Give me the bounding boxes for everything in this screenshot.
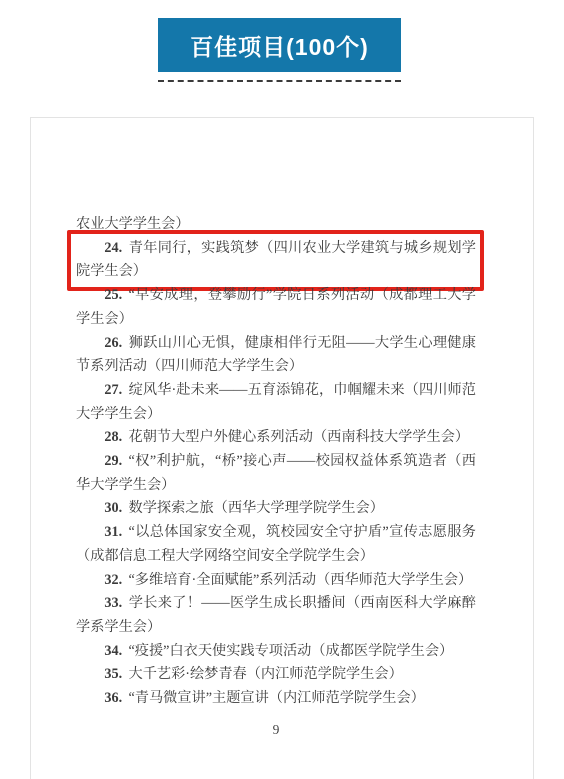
list-item: 33.学长来了！——医学生成长职播间（西南医科大学麻醉学系学生会） bbox=[76, 592, 476, 639]
item-text: 绽风华·赴未来——五育添锦花，巾帼耀未来（四川师范大学学生会） bbox=[76, 382, 476, 422]
document-page: 农业大学学生会） 24.青年同行，实践筑梦（四川农业大学建筑与城乡规划学院学生会… bbox=[30, 117, 534, 779]
item-text: “青马微宣讲”主题宣讲（内江师范学院学生会） bbox=[129, 690, 425, 706]
item-text: “疫援”白衣天使实践专项活动（成都医学院学生会） bbox=[129, 643, 454, 659]
list-item: 25.“早安成理，登攀励行”学院日系列活动（成都理工大学学生会） bbox=[76, 284, 476, 331]
item-number: 28. bbox=[104, 429, 122, 445]
item-text: “以总体国家安全观，筑校园安全守护盾”宣传志愿服务（成都信息工程大学网络空间安全… bbox=[76, 524, 476, 564]
item-number: 25. bbox=[104, 287, 122, 303]
list-item: 34.“疫援”白衣天使实践专项活动（成都医学院学生会） bbox=[76, 640, 476, 664]
page-number: 9 bbox=[76, 718, 476, 742]
item-text: 学长来了！——医学生成长职播间（西南医科大学麻醉学系学生会） bbox=[76, 595, 476, 635]
item-text: 狮跃山川心无惧，健康相伴行无阻——大学生心理健康节系列活动（四川师范大学学生会） bbox=[76, 335, 476, 375]
list-item: 32.“多维培育·全面赋能”系列活动（西华师范大学学生会） bbox=[76, 569, 476, 593]
list-item: 36.“青马微宣讲”主题宣讲（内江师范学院学生会） bbox=[76, 687, 476, 711]
item-number: 30. bbox=[104, 500, 122, 516]
list-item: 31.“以总体国家安全观，筑校园安全守护盾”宣传志愿服务（成都信息工程大学网络空… bbox=[76, 521, 476, 568]
list-item: 30.数学探索之旅（西华大学理学院学生会） bbox=[76, 497, 476, 521]
screenshot-root: 百佳项目(100个) 农业大学学生会） 24.青年同行，实践筑梦（四川农业大学建… bbox=[0, 0, 564, 779]
highlight-box: 24.青年同行，实践筑梦（四川农业大学建筑与城乡规划学院学生会） bbox=[67, 230, 484, 291]
item-number: 24. bbox=[104, 240, 122, 256]
item-number: 36. bbox=[104, 690, 122, 706]
list-item: 29.“权”利护航，“桥”接心声——校园权益体系筑造者（西华大学学生会） bbox=[76, 450, 476, 497]
item-text: “早安成理，登攀励行”学院日系列活动（成都理工大学学生会） bbox=[76, 287, 476, 327]
list-item: 28.花朝节大型户外健心系列活动（西南科技大学学生会） bbox=[76, 426, 476, 450]
item-number: 32. bbox=[104, 572, 122, 588]
item-number: 29. bbox=[104, 453, 122, 469]
item-text: 青年同行，实践筑梦（四川农业大学建筑与城乡规划学院学生会） bbox=[76, 240, 476, 280]
item-text: “权”利护航，“桥”接心声——校园权益体系筑造者（西华大学学生会） bbox=[76, 453, 476, 493]
item-text: 花朝节大型户外健心系列活动（西南科技大学学生会） bbox=[129, 429, 470, 445]
list-item: 26.狮跃山川心无惧，健康相伴行无阻——大学生心理健康节系列活动（四川师范大学学… bbox=[76, 332, 476, 379]
item-text: 数学探索之旅（西华大学理学院学生会） bbox=[129, 500, 384, 516]
item-number: 34. bbox=[104, 643, 122, 659]
list-item: 24.青年同行，实践筑梦（四川农业大学建筑与城乡规划学院学生会） bbox=[76, 237, 476, 284]
item-number: 31. bbox=[104, 524, 122, 540]
item-text: “多维培育·全面赋能”系列活动（西华师范大学学生会） bbox=[129, 572, 473, 588]
item-number: 35. bbox=[104, 666, 122, 682]
list-item: 27.绽风华·赴未来——五育添锦花，巾帼耀未来（四川师范大学学生会） bbox=[76, 379, 476, 426]
item-number: 26. bbox=[104, 335, 122, 351]
document-content: 农业大学学生会） 24.青年同行，实践筑梦（四川农业大学建筑与城乡规划学院学生会… bbox=[31, 118, 533, 741]
item-text: 大千艺彩·绘梦青春（内江师范学院学生会） bbox=[129, 666, 403, 682]
list-item: 35.大千艺彩·绘梦青春（内江师范学院学生会） bbox=[76, 663, 476, 687]
item-number: 33. bbox=[104, 595, 122, 611]
item-number: 27. bbox=[104, 382, 122, 398]
section-title-text: 百佳项目(100个) bbox=[190, 29, 369, 62]
section-title-badge: 百佳项目(100个) bbox=[158, 18, 401, 72]
dotted-divider bbox=[158, 80, 401, 82]
